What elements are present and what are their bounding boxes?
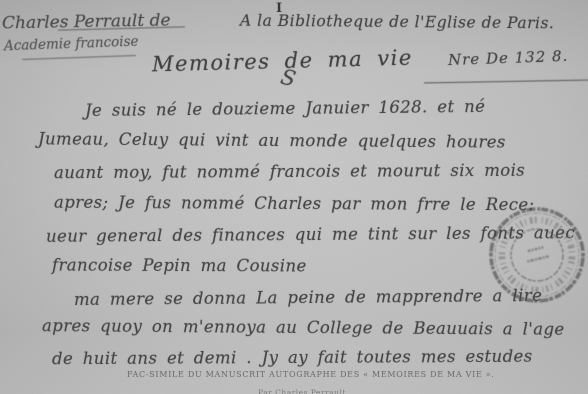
body-line: de huit ans et demi . Jy ay fait toutes … xyxy=(52,347,533,369)
owner-note-line1: Charles Perrault de xyxy=(2,11,171,34)
body-line: auant moy, fut nommé francois et mourut … xyxy=(54,161,525,182)
body-line: Je suis né le douzieme Januier 1628. et … xyxy=(85,97,486,120)
body-line: Jumeau, Celuy qui vint au monde quelques… xyxy=(38,129,506,151)
body-line: ma mere se donna La peine de mapprendre … xyxy=(74,286,542,309)
caption: FAC-SIMILE DU MANUSCRIT AUTOGRAPHE DES «… xyxy=(127,370,495,379)
body-line: apres quoy on m'ennoya au College de Bea… xyxy=(42,316,565,339)
dedication-note: A la Bibliotheque de l'Eglise de Paris. xyxy=(240,12,554,33)
body-line: apres; Je fus nommé Charles par mon frre… xyxy=(54,193,535,215)
caption-byline: Par Charles Perrault xyxy=(258,388,346,394)
shelf-mark-underline xyxy=(424,80,588,84)
body-line: francoise Pepin ma Cousine xyxy=(52,256,307,276)
manuscript-photo: I Charles Perrault de Academie francoise… xyxy=(0,0,588,394)
